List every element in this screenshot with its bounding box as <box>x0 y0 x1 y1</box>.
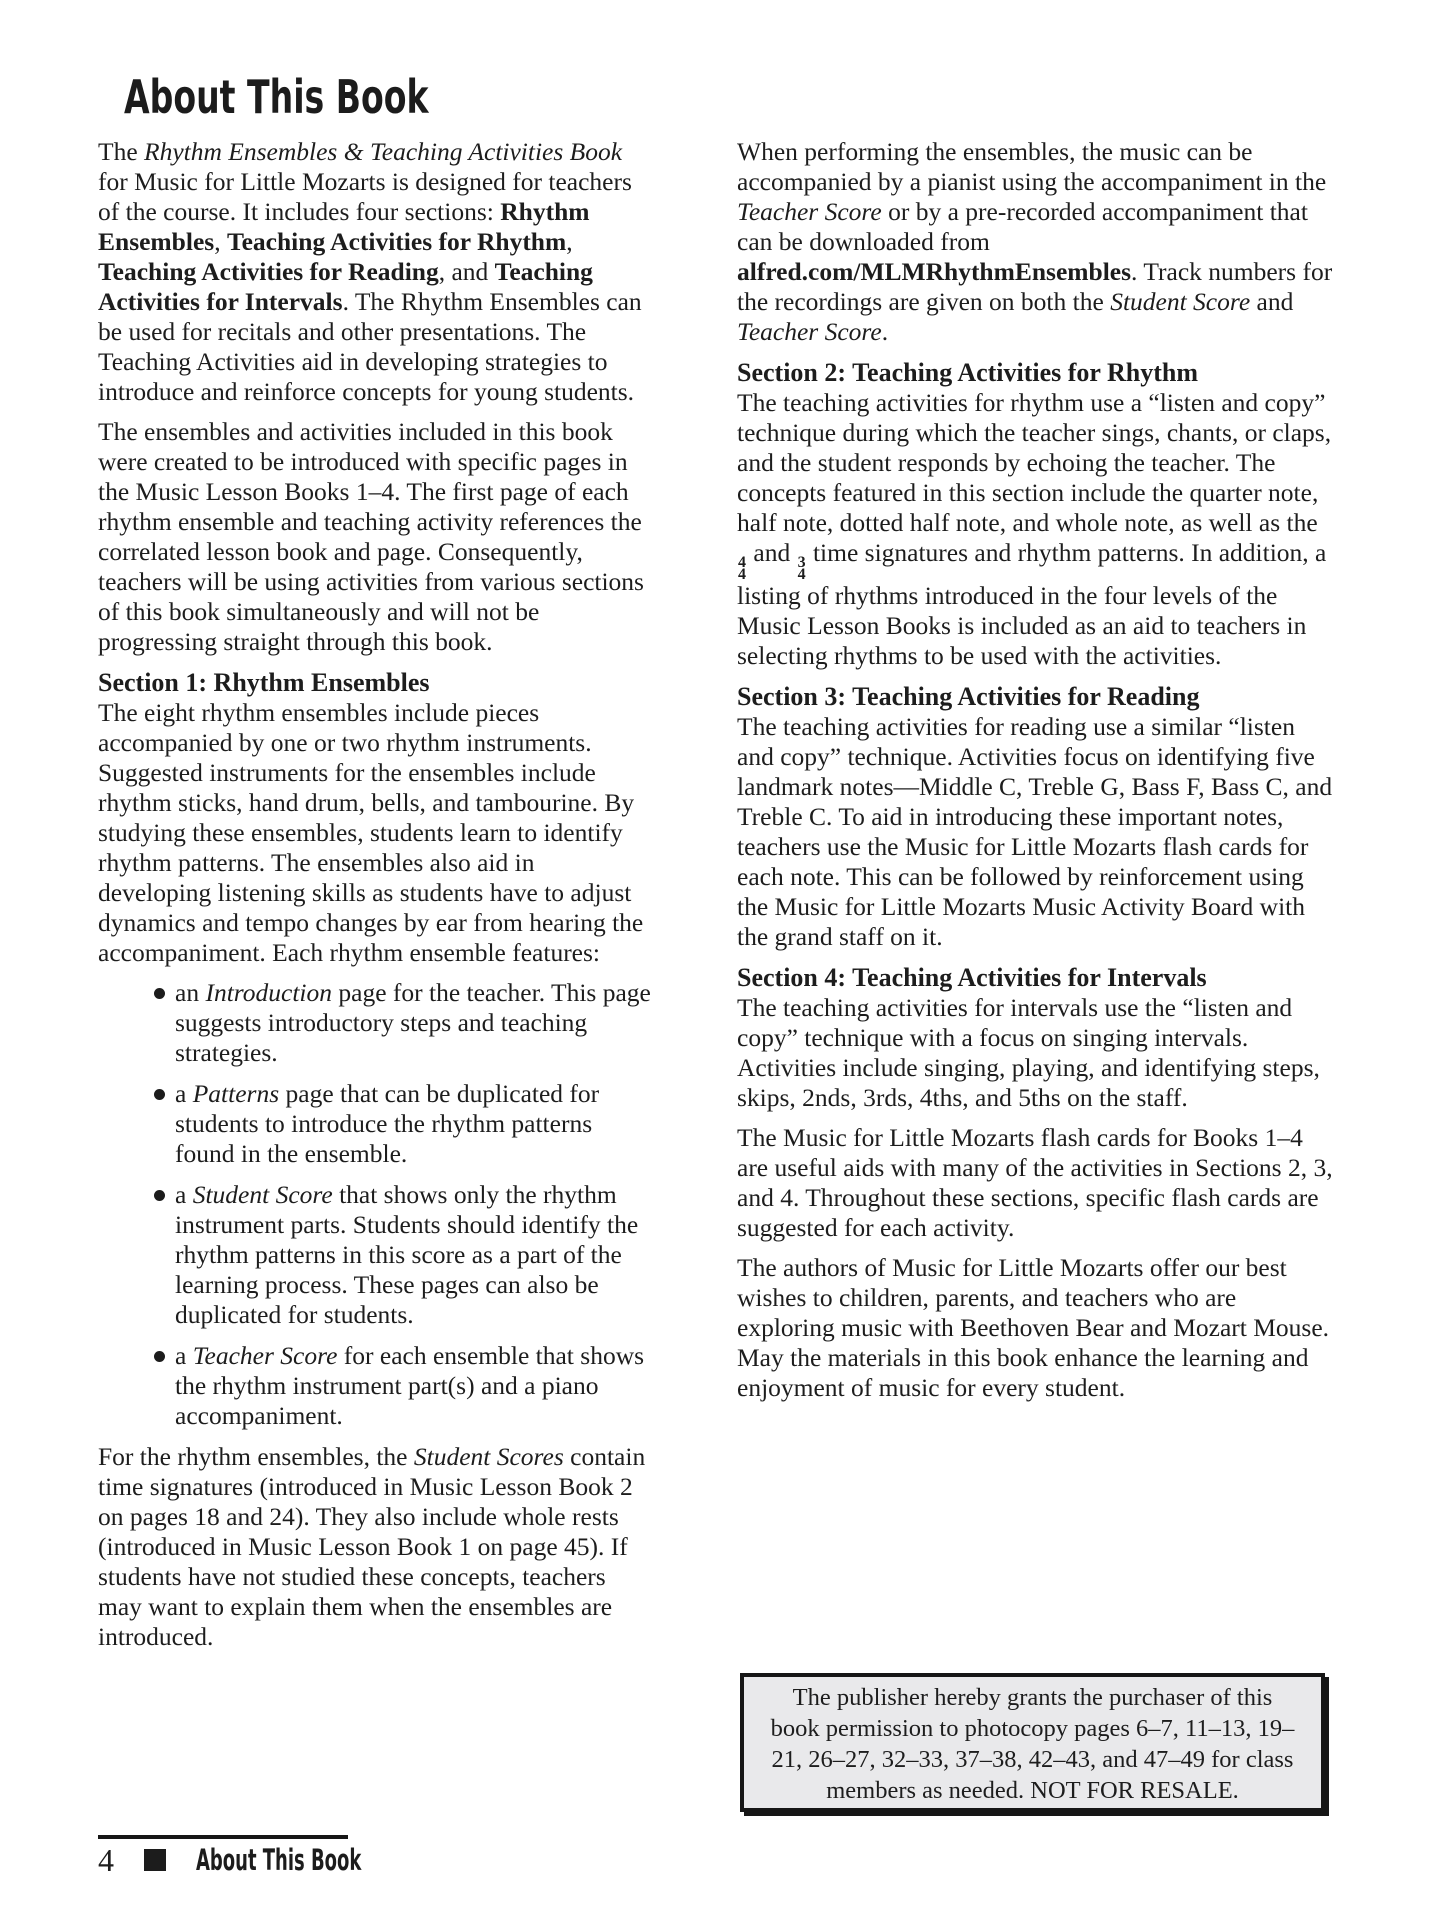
notice-line: 21, 26–27, 32–33, 37–38, 42–43, and 47–4… <box>772 1746 1294 1773</box>
section-heading: Section 3: Teaching Activities for Readi… <box>737 681 1334 712</box>
paragraph: For the rhythm ensembles, the Student Sc… <box>98 1442 654 1652</box>
list-item: a Student Score that shows only the rhyt… <box>98 1180 654 1330</box>
section-heading: Section 1: Rhythm Ensembles <box>98 667 654 698</box>
footer-square-icon <box>144 1849 166 1871</box>
paragraph: The Music for Little Mozarts flash cards… <box>737 1123 1334 1243</box>
paragraph: The teaching activities for reading use … <box>737 712 1334 952</box>
feature-list: an Introduction page for the teacher. Th… <box>98 978 654 1431</box>
paragraph: When performing the ensembles, the music… <box>737 137 1334 347</box>
footer-label: About This Book <box>196 1843 361 1877</box>
list-item: a Patterns page that can be duplicated f… <box>98 1079 654 1169</box>
page-title: About This Book <box>124 70 429 124</box>
time-signature: 34 <box>798 557 806 581</box>
notice-line: book permission to photocopy pages 6–7, … <box>771 1715 1295 1742</box>
notice-line: The publisher hereby grants the purchase… <box>793 1684 1273 1711</box>
paragraph: The ensembles and activities included in… <box>98 417 654 657</box>
page-number: 4 <box>98 1845 114 1875</box>
paragraph: The teaching activities for intervals us… <box>737 993 1334 1113</box>
notice-line: members as needed. NOT FOR RESALE. <box>826 1777 1239 1804</box>
section-heading: Section 2: Teaching Activities for Rhyth… <box>737 357 1334 388</box>
paragraph: The eight rhythm ensembles include piece… <box>98 698 654 968</box>
list-item: a Teacher Score for each ensemble that s… <box>98 1341 654 1431</box>
book-page: About This Book The Rhythm Ensembles & T… <box>0 0 1445 1927</box>
photocopy-permission-notice: The publisher hereby grants the purchase… <box>740 1673 1325 1812</box>
time-signature: 44 <box>738 557 746 581</box>
paragraph: The teaching activities for rhythm use a… <box>737 388 1334 671</box>
paragraph: The Rhythm Ensembles & Teaching Activiti… <box>98 137 654 407</box>
footer-rule <box>98 1835 348 1839</box>
left-column: The Rhythm Ensembles & Teaching Activiti… <box>98 137 654 1662</box>
paragraph: The authors of Music for Little Mozarts … <box>737 1253 1334 1403</box>
list-item: an Introduction page for the teacher. Th… <box>98 978 654 1068</box>
right-column: When performing the ensembles, the music… <box>737 137 1334 1413</box>
section-heading: Section 4: Teaching Activities for Inter… <box>737 962 1334 993</box>
page-footer: 4 About This Book <box>98 1845 463 1875</box>
